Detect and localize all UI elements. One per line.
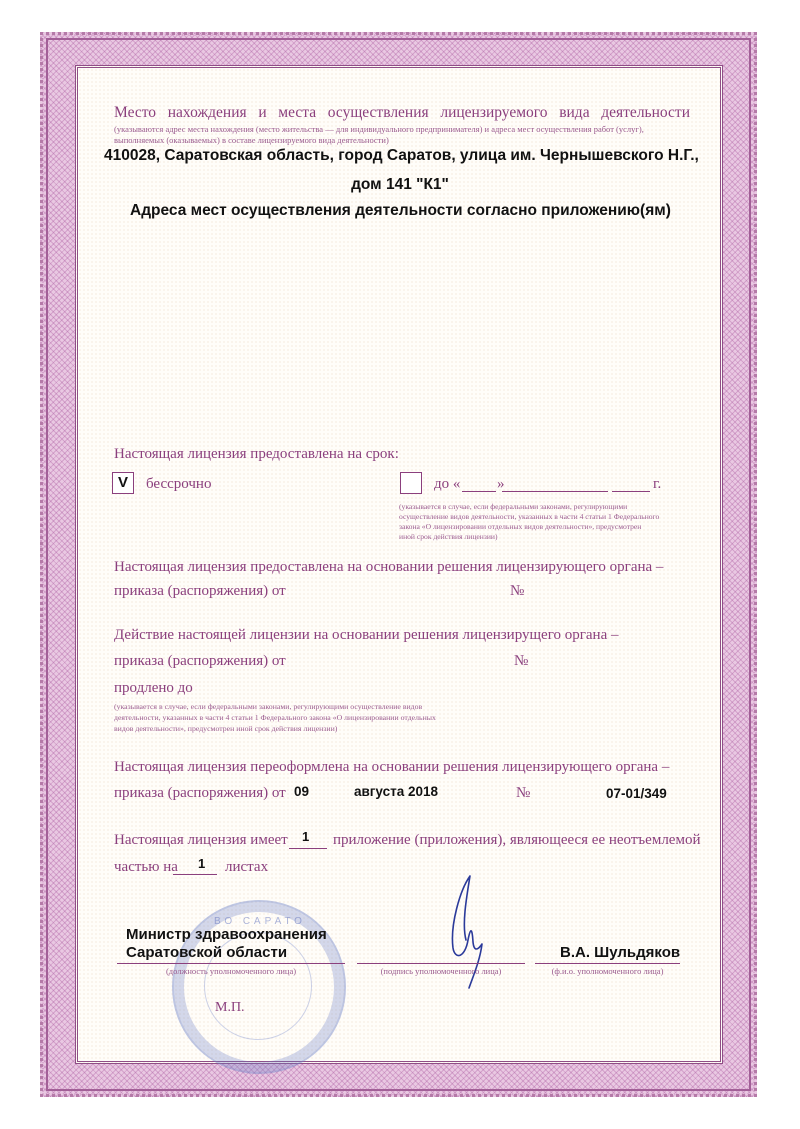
position-caption: (должность уполномоченного лица) xyxy=(117,966,345,977)
until-year-field[interactable] xyxy=(612,491,650,492)
unlimited-label: бессрочно xyxy=(146,476,211,493)
granted-order-label: приказа (распоряжения) от xyxy=(114,583,286,600)
until-year-suffix: г. xyxy=(653,476,661,493)
extended-number-label: № xyxy=(514,653,528,670)
name-caption: (ф.и.о. уполномоченного лица) xyxy=(535,966,680,977)
checkbox-unlimited[interactable]: V xyxy=(112,472,134,494)
appendix-sheets-field xyxy=(173,874,217,875)
appendix-sheets-after: листах xyxy=(225,859,268,876)
reissued-basis-line: Настоящая лицензия переоформлена на осно… xyxy=(114,759,669,776)
granted-basis-line: Настоящая лицензия предоставлена на осно… xyxy=(114,559,663,576)
extended-note-line2: деятельности, указанных в части 4 статьи… xyxy=(114,712,436,723)
extended-note-line1: (указывается в случае, если федеральными… xyxy=(114,701,422,712)
reissued-day: 09 xyxy=(294,784,309,799)
reissued-order-label: приказа (распоряжения) от xyxy=(114,785,286,802)
official-name: В.А. Шульдяков xyxy=(560,944,680,961)
location-note-line1: (указываются адрес места нахождения (мес… xyxy=(114,124,644,135)
appendix-text-after: приложение (приложения), являющееся ее н… xyxy=(333,832,701,849)
term-label: Настоящая лицензия предоставлена на срок… xyxy=(114,446,399,463)
official-position-line1: Министр здравоохранения xyxy=(126,926,327,943)
until-note-line4: иной срок действия лицензии) xyxy=(399,531,497,542)
extended-order-label: приказа (распоряжения) от xyxy=(114,653,286,670)
until-day-field[interactable] xyxy=(462,491,496,492)
official-position-line2: Саратовской области xyxy=(126,944,287,961)
checkbox-until-date[interactable] xyxy=(400,472,422,494)
name-line xyxy=(535,963,680,964)
extended-basis-line: Действие настоящей лицензии на основании… xyxy=(114,627,619,644)
appendix-sheets: 1 xyxy=(198,856,205,871)
extended-note-line3: видов деятельности», предусмотрен иной с… xyxy=(114,723,337,734)
reissued-month-year: августа 2018 xyxy=(354,784,438,799)
addresses-appendix-note: Адреса мест осуществления деятельности с… xyxy=(130,202,671,220)
until-prefix: до « xyxy=(434,476,460,493)
appendix-count: 1 xyxy=(302,829,309,844)
address-line2: дом 141 "К1" xyxy=(0,176,800,194)
seal-placeholder-label: М.П. xyxy=(215,1000,245,1016)
signature-line xyxy=(357,963,525,964)
until-month-field[interactable] xyxy=(502,491,608,492)
position-line xyxy=(117,963,345,964)
reissued-order-number: 07-01/349 xyxy=(606,786,667,801)
appendix-count-field xyxy=(289,848,327,849)
extended-until-label: продлено до xyxy=(114,680,193,697)
appendix-text-before: Настоящая лицензия имеет xyxy=(114,832,288,849)
location-heading: Место нахождения и места осуществления л… xyxy=(114,104,690,122)
granted-number-label: № xyxy=(510,583,524,600)
appendix-sheets-before: частью на xyxy=(114,859,178,876)
signature-caption: (подпись уполномоченного лица) xyxy=(357,966,525,977)
reissued-number-label: № xyxy=(516,785,530,802)
address-line1: 410028, Саратовская область, город Сарат… xyxy=(104,147,699,165)
location-note-line2: выполняемых (оказываемых) в составе лице… xyxy=(114,135,389,146)
